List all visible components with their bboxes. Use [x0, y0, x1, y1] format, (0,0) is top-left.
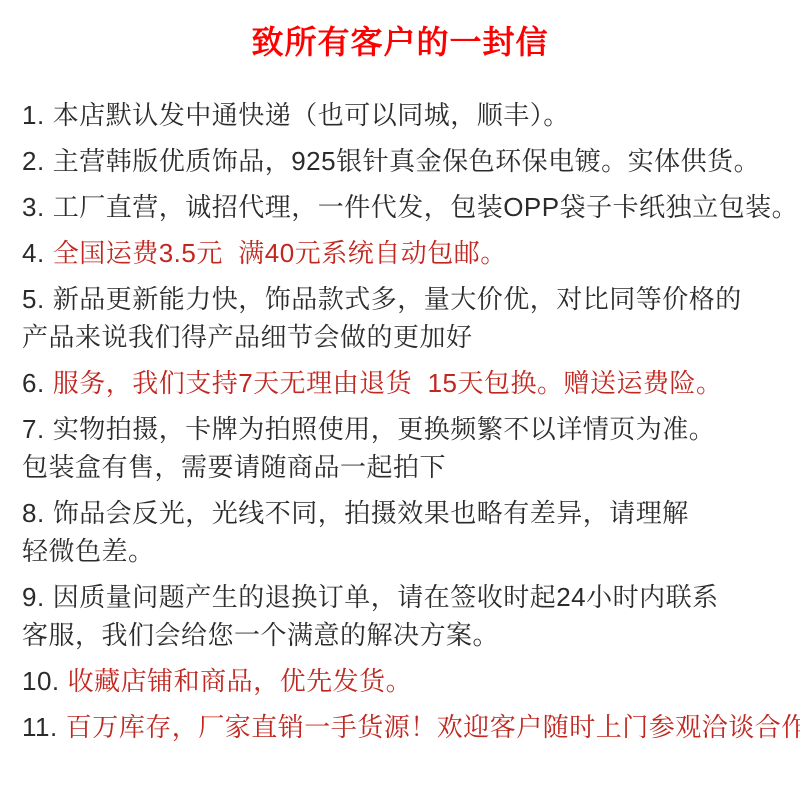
line-number: 11.: [22, 712, 58, 742]
line-text: 工厂直营，诚招代理，一件代发，包装OPP袋子卡纸独立包装。: [53, 192, 798, 222]
letter-item: 2.主营韩版优质饰品，925银针真金保色环保电镀。实体供货。: [22, 142, 792, 180]
line-text: 服务，我们支持7天无理由退货 15天包换。赠送运费险。: [53, 368, 723, 398]
page-title: 致所有客户的一封信: [22, 24, 778, 60]
letter-body: 1.本店默认发中通快递（也可以同城，顺丰）。2.主营韩版优质饰品，925银针真金…: [22, 96, 792, 746]
line-text: 实物拍摄，卡牌为拍照使用，更换频繁不以详情页为准。: [53, 414, 716, 444]
line-text: 饰品会反光，光线不同，拍摄效果也略有差异，请理解: [53, 498, 689, 528]
letter-item: 9.因质量问题产生的退换订单，请在签收时起24小时内联系: [22, 578, 792, 616]
line-text: 百万库存，厂家直销一手货源！欢迎客户随时上门参观洽谈合作: [66, 712, 800, 742]
letter-item: 6.服务，我们支持7天无理由退货 15天包换。赠送运费险。: [22, 364, 792, 402]
letter-item: 4.全国运费3.5元 满40元系统自动包邮。: [22, 234, 792, 272]
line-text: 轻微色差。: [22, 536, 155, 566]
line-number: 5.: [22, 284, 45, 314]
letter-item-continuation: 包装盒有售，需要请随商品一起拍下: [22, 448, 792, 486]
letter-item-continuation: 客服，我们会给您一个满意的解决方案。: [22, 616, 792, 654]
letter-item: 8.饰品会反光，光线不同，拍摄效果也略有差异，请理解: [22, 494, 792, 532]
line-number: 10.: [22, 666, 60, 696]
line-number: 4.: [22, 238, 45, 268]
letter-item: 3.工厂直营，诚招代理，一件代发，包装OPP袋子卡纸独立包装。: [22, 188, 792, 226]
letter-item-continuation: 轻微色差。: [22, 532, 792, 570]
line-number: 1.: [22, 100, 45, 130]
letter-item: 7.实物拍摄，卡牌为拍照使用，更换频繁不以详情页为准。: [22, 410, 792, 448]
line-text: 收藏店铺和商品，优先发货。: [68, 666, 413, 696]
line-text: 主营韩版优质饰品，925银针真金保色环保电镀。实体供货。: [53, 146, 760, 176]
letter-item: 1.本店默认发中通快递（也可以同城，顺丰）。: [22, 96, 792, 134]
line-text: 因质量问题产生的退换订单，请在签收时起24小时内联系: [53, 582, 719, 612]
line-text: 产品来说我们得产品细节会做的更加好: [22, 322, 473, 352]
letter-item-continuation: 产品来说我们得产品细节会做的更加好: [22, 318, 792, 356]
line-number: 9.: [22, 582, 45, 612]
line-number: 6.: [22, 368, 45, 398]
line-number: 7.: [22, 414, 45, 444]
line-text: 全国运费3.5元 满40元系统自动包邮。: [53, 238, 507, 268]
line-number: 8.: [22, 498, 45, 528]
letter-item: 5.新品更新能力快，饰品款式多，量大价优，对比同等价格的: [22, 280, 792, 318]
letter-item: 10.收藏店铺和商品，优先发货。: [22, 662, 792, 700]
line-text: 本店默认发中通快递（也可以同城，顺丰）。: [53, 100, 570, 130]
line-number: 3.: [22, 192, 45, 222]
customer-letter-page: 致所有客户的一封信 1.本店默认发中通快递（也可以同城，顺丰）。2.主营韩版优质…: [0, 0, 800, 800]
line-text: 客服，我们会给您一个满意的解决方案。: [22, 620, 499, 650]
line-text: 包装盒有售，需要请随商品一起拍下: [22, 452, 446, 482]
line-text: 新品更新能力快，饰品款式多，量大价优，对比同等价格的: [53, 284, 742, 314]
line-number: 2.: [22, 146, 45, 176]
letter-item: 11.百万库存，厂家直销一手货源！欢迎客户随时上门参观洽谈合作: [22, 708, 792, 746]
